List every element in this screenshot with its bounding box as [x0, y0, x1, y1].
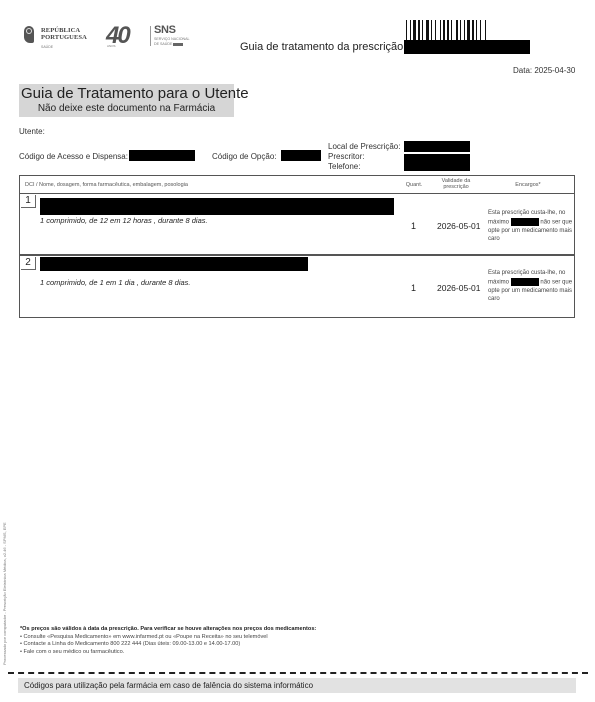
prescription-number-redacted	[404, 40, 530, 54]
prescritor-label: Prescritor:	[328, 152, 364, 161]
column-description: DCI / Nome, dosagem, forma farmacêutica,…	[25, 182, 188, 188]
barcode-icon	[406, 20, 529, 41]
medication-table: DCI / Nome, dosagem, forma farmacêutica,…	[19, 175, 575, 318]
quantity: 1	[411, 221, 416, 231]
sns-subtitle: SERVIÇO NACIONAL DE SAÚDE	[154, 37, 189, 46]
table-row: 1 1 comprimido, de 12 em 12 horas , dura…	[20, 194, 574, 256]
option-code-label: Código de Opção:	[212, 152, 277, 161]
charge-amount-redacted	[511, 278, 539, 286]
logo-line-1: REPÚBLICA	[41, 27, 87, 34]
validity-date: 2026-05-01	[437, 221, 480, 231]
sns-badge	[173, 43, 183, 46]
pharmacy-codes-section: Códigos para utilização pela farmácia em…	[18, 678, 576, 693]
table-row: 2 1 comprimido, de 1 em 1 dia , durante …	[20, 256, 574, 317]
price-notes: *Os preços são válidos à data da prescri…	[20, 626, 316, 656]
document-date: Data: 2025-04-30	[513, 66, 575, 75]
column-validity: Validade da prescrição	[436, 178, 476, 190]
row-number: 1	[21, 195, 36, 208]
access-code-redacted	[129, 150, 195, 161]
logo-line-2: PORTUGUESA	[41, 34, 87, 41]
posology: 1 comprimido, de 1 em 1 dia , durante 8 …	[40, 278, 191, 287]
column-quantity: Quant.	[401, 182, 427, 188]
sns-title: SNS	[154, 24, 176, 36]
coat-of-arms-icon	[24, 26, 34, 43]
logo-subtitle: SAÚDE	[41, 45, 53, 49]
notes-item: • Consulte «Pesquisa Medicamento» em www…	[20, 634, 316, 642]
sns-40-subtitle: ANOS	[107, 44, 116, 48]
access-code-label: Código de Acesso e Dispensa:	[19, 152, 128, 161]
notes-item: • Fale com o seu médico ou farmacêutico.	[20, 649, 316, 657]
title-block: Guia de Tratamento para o Utente Não dei…	[19, 84, 234, 117]
logo-divider	[150, 26, 151, 46]
table-header: DCI / Nome, dosagem, forma farmacêutica,…	[20, 176, 574, 194]
utente-label: Utente:	[19, 127, 45, 136]
charge-amount-redacted	[511, 218, 539, 226]
local-prescricao-label: Local de Prescrição:	[328, 142, 400, 151]
local-prescricao-redacted	[404, 141, 470, 152]
charges-text: Esta prescrição custa-lhe, no máximo não…	[488, 209, 576, 244]
quantity: 1	[411, 283, 416, 293]
option-code-redacted	[281, 150, 321, 161]
medication-name-redacted	[40, 257, 308, 271]
page-title: Guia de Tratamento para o Utente	[21, 85, 249, 102]
page-subtitle: Não deixe este documento na Farmácia	[19, 103, 234, 114]
charges-text: Esta prescrição custa-lhe, no máximo não…	[488, 269, 576, 304]
processing-note: Processado por computador - Prescrição E…	[2, 522, 7, 665]
prescritor-telefone-redacted	[404, 154, 470, 171]
prescription-number-label: Guia de tratamento da prescrição n.º	[240, 41, 420, 53]
notes-heading: *Os preços são válidos à data da prescri…	[20, 626, 316, 634]
posology: 1 comprimido, de 12 em 12 horas , durant…	[40, 216, 208, 225]
cut-line-divider	[8, 672, 588, 674]
pharmacy-codes-label: Códigos para utilização pela farmácia em…	[24, 681, 313, 690]
row-number: 2	[21, 257, 36, 270]
column-charges: Encargos*	[498, 182, 558, 188]
telefone-label: Telefone:	[328, 162, 360, 171]
medication-name-redacted	[40, 198, 394, 215]
sns-40-logo: 40 ANOS SNS SERVIÇO NACIONAL DE SAÚDE	[106, 24, 196, 52]
notes-item: • Contacte a Linha do Medicamento 800 22…	[20, 641, 316, 649]
republica-portuguesa-logo: REPÚBLICA PORTUGUESA SAÚDE	[24, 26, 94, 52]
validity-date: 2026-05-01	[437, 283, 480, 293]
